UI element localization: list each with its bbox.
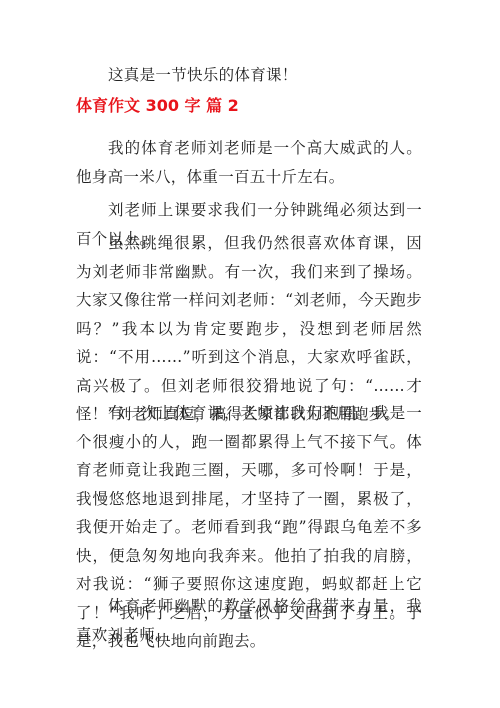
intro-line: 这真是一节快乐的体育课！: [76, 61, 422, 90]
paragraph-5: 体育老师幽默的教学风格给我带来力量，我喜欢刘老师。: [76, 592, 422, 649]
section-heading: 体育作文 300 字 篇 2: [76, 93, 239, 116]
paragraph-1: 我的体育老师刘老师是一个高大威武的人。他身高一米八，体重一百五十斤左右。: [76, 134, 422, 191]
